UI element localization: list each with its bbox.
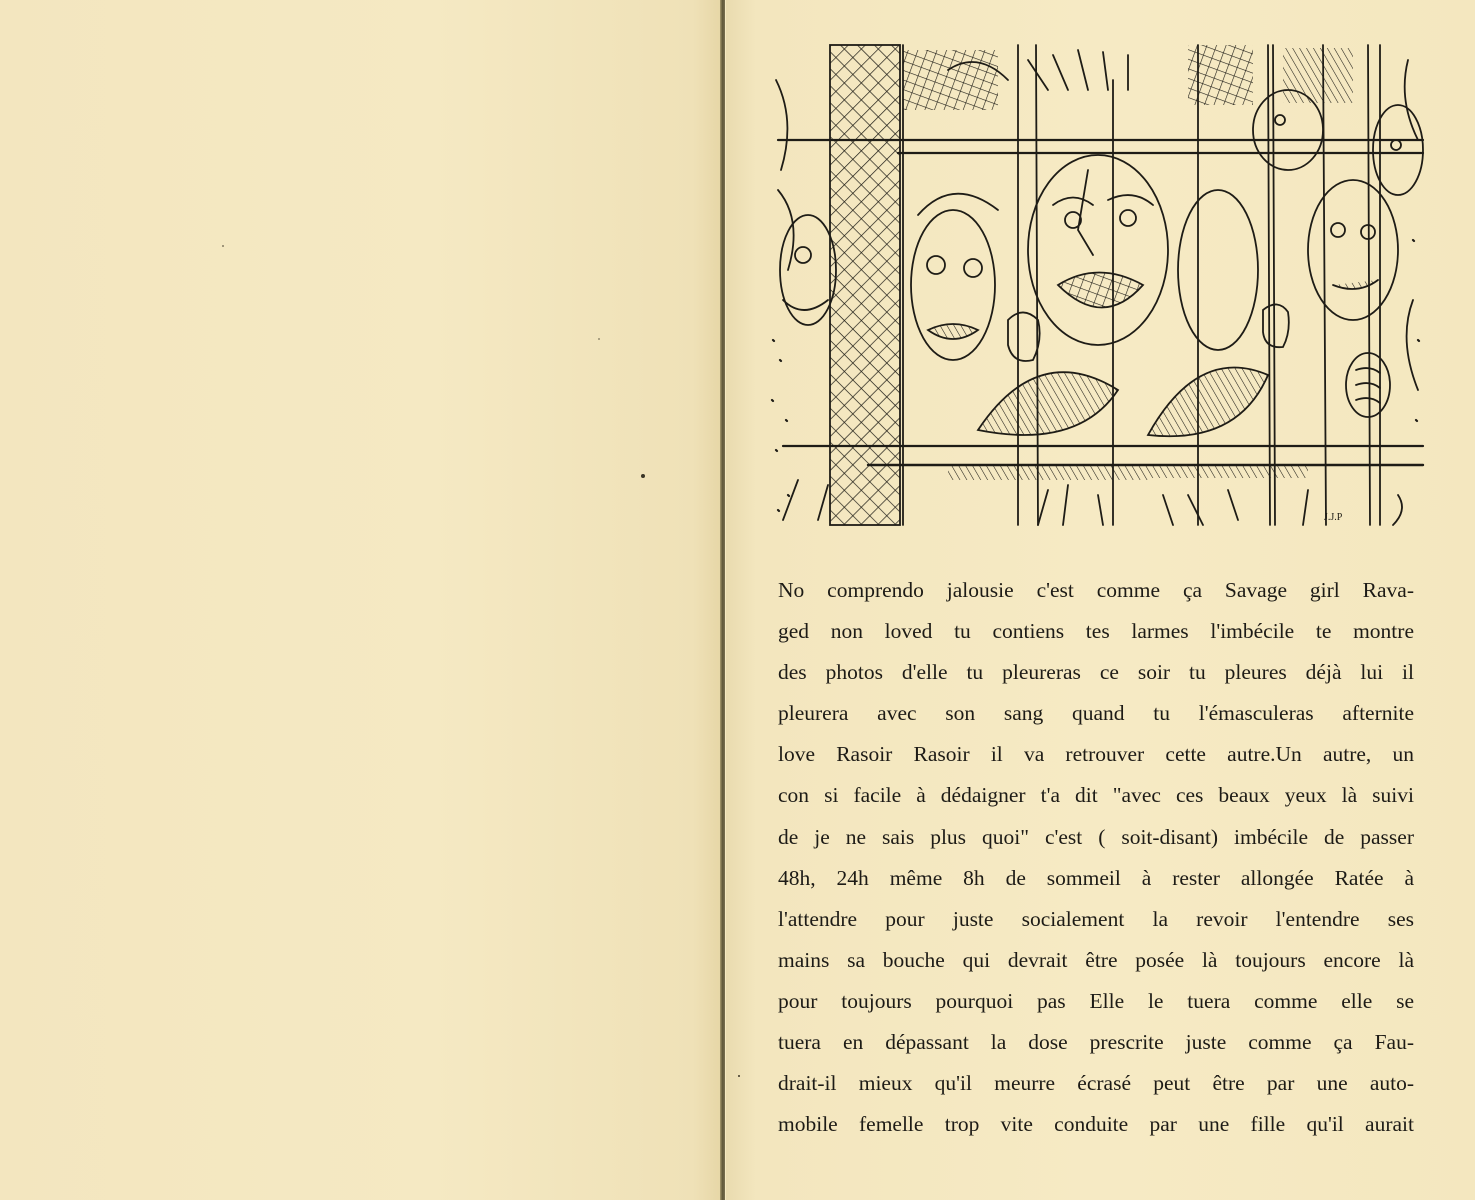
left-page-blank	[0, 0, 722, 1200]
text-line-10: mains sa bouche qui devrait être posée l…	[778, 940, 1414, 981]
text-line-1: No comprendo jalousie c'est comme ça Sav…	[778, 570, 1414, 611]
paper-speck	[641, 474, 645, 478]
text-line-5: love Rasoir Rasoir il va retrouver cette…	[778, 734, 1414, 775]
text-line-2: ged non loved tu contiens tes larmes l'i…	[778, 611, 1414, 652]
paragraph: No comprendo jalousie c'est comme ça Sav…	[778, 570, 1414, 1145]
paper-speck	[598, 338, 600, 340]
etching-illustration: J.J.P	[768, 40, 1426, 528]
text-line-7: de je ne sais plus quoi" c'est ( soit-di…	[778, 817, 1414, 858]
paper-speck	[222, 245, 224, 247]
text-line-13: drait-il mieux qu'il meurre écrasé peut …	[778, 1063, 1414, 1104]
text-line-3: des photos d'elle tu pleureras ce soir t…	[778, 652, 1414, 693]
text-line-14: mobile femelle trop vite conduite par un…	[778, 1104, 1414, 1145]
book-spread: J.J.P No comprendo jalousie c'est comme …	[0, 0, 1475, 1200]
book-gutter	[720, 0, 725, 1200]
text-line-8: 48h, 24h même 8h de sommeil à rester all…	[778, 858, 1414, 899]
artist-signature: J.J.P	[1324, 512, 1343, 523]
text-line-4: pleurera avec son sang quand tu l'émascu…	[778, 693, 1414, 734]
text-line-12: tuera en dépassant la dose prescrite jus…	[778, 1022, 1414, 1063]
text-line-9: l'attendre pour juste socialement la rev…	[778, 899, 1414, 940]
text-line-11: pour toujours pourquoi pas Elle le tuera…	[778, 981, 1414, 1022]
paper-speck	[738, 1075, 740, 1077]
etching-artwork: J.J.P	[768, 40, 1426, 528]
text-line-6: con si facile à dédaigner t'a dit "avec …	[778, 775, 1414, 816]
